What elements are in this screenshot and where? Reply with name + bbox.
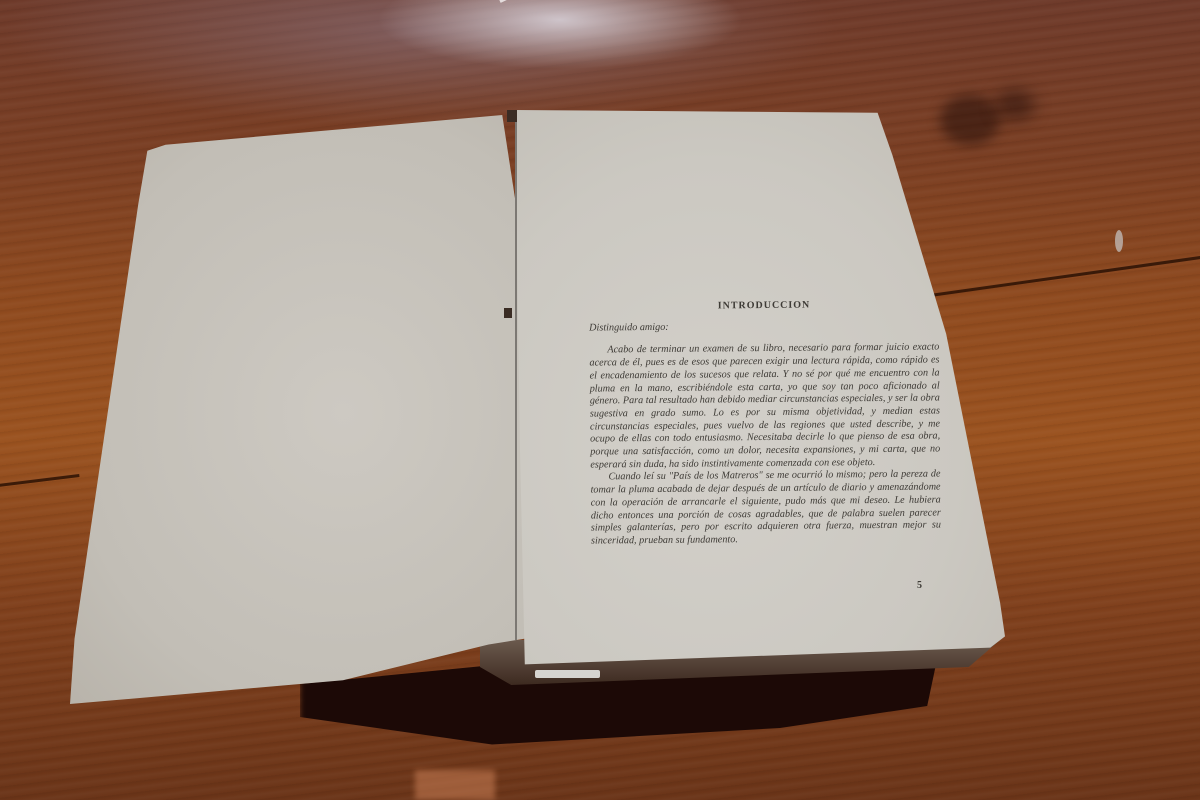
wood-knot [995,90,1035,120]
paragraph: Cuando leí su "País de los Matreros" se … [590,469,941,548]
book-spine [515,110,517,640]
light-patch [415,770,495,800]
wood-chip [1115,230,1123,252]
paragraph: Acabo de terminar un examen de su libro,… [589,342,940,472]
binding-stitch [507,110,517,122]
wood-knot [940,95,1000,145]
salutation: Distinguido amigo: [589,319,939,335]
page-text: INTRODUCCION Distinguido amigo: Acabo de… [589,298,941,548]
left-page [70,115,525,710]
binding-stitch [504,308,512,318]
chapter-heading: INTRODUCCION [589,298,939,314]
page-number: 5 [917,580,922,591]
book-edge-label [535,670,600,678]
